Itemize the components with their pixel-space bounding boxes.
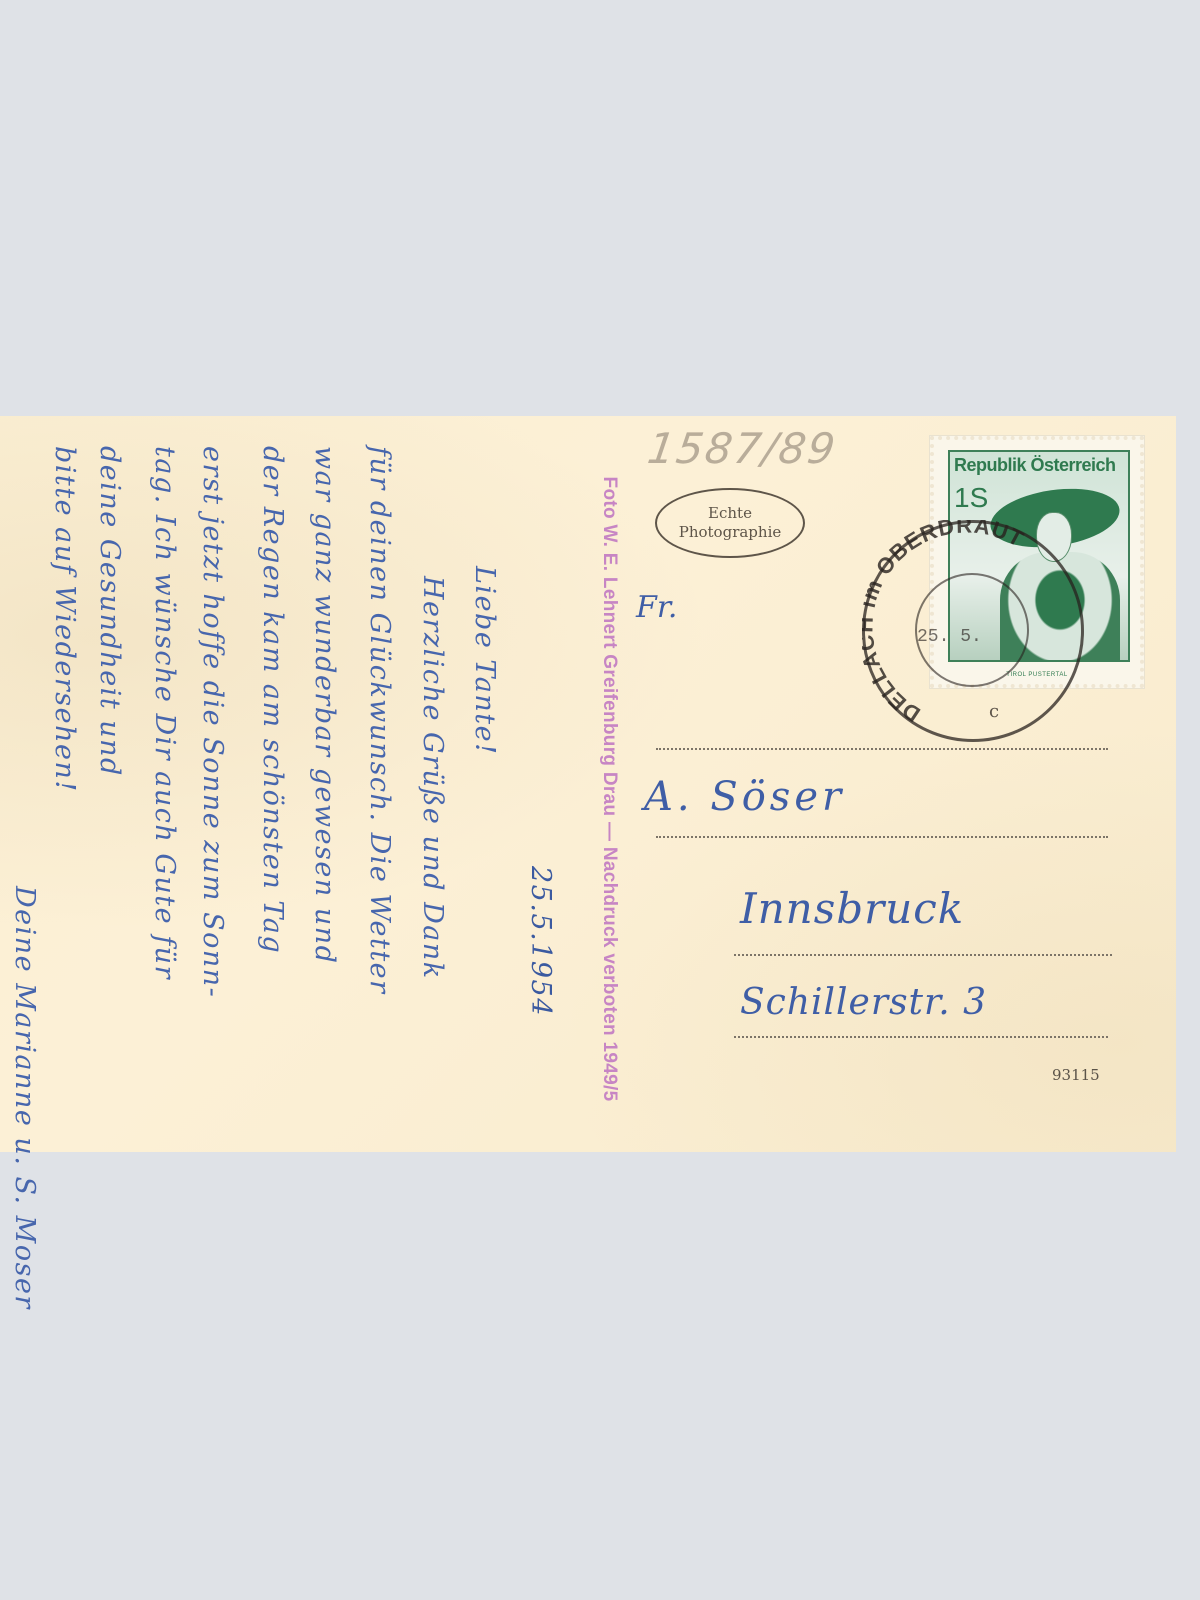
publisher-imprint: Foto W. E. Lehnert Greifenburg Drau — Na… — [598, 426, 620, 1151]
photo-label-line2: Photographie — [679, 523, 782, 542]
message-greeting: Liebe Tante! — [469, 566, 500, 755]
message-line: tag. Ich wünsche Dir auch Gute für — [149, 446, 180, 980]
message-line: Herzliche Grüße und Dank — [417, 576, 448, 980]
address-street: Schillerstr. 3 — [740, 982, 987, 1023]
message-line: der Regen kam am schönsten Tag — [257, 446, 288, 954]
stamp-country: Republik Österreich — [954, 455, 1128, 476]
card-number: 93115 — [1052, 1066, 1100, 1084]
postmark-date: 25. 5. — [917, 627, 982, 647]
address-line-3 — [734, 954, 1112, 956]
message-line: deine Gesundheit und — [94, 446, 125, 777]
message-line: für deinen Glückwunsch. Die Wetter — [364, 446, 395, 995]
postmark-place: DELLACH im OBERDRAUTAL — [862, 520, 1028, 727]
address-name: A. Söser — [644, 774, 845, 820]
address-city: Innsbruck — [740, 884, 964, 933]
message-date: 25.5.1954 — [525, 866, 556, 1017]
message-line: war ganz wunderbar gewesen und — [309, 446, 340, 964]
stamp-value: 1S — [954, 482, 988, 514]
address-line-4 — [734, 1036, 1108, 1038]
photo-label-line1: Echte — [708, 504, 752, 523]
svg-text:DELLACH im OBERDRAUTAL: DELLACH im OBERDRAUTAL — [862, 520, 1028, 727]
message-signature: Deine Marianne u. S. Moser — [9, 886, 40, 1310]
publisher-imprint-text: Foto W. E. Lehnert Greifenburg Drau — Na… — [598, 476, 620, 1101]
address-salutation: Fr. — [636, 590, 677, 625]
address-line-2 — [656, 836, 1108, 838]
photo-label-oval: Echte Photographie — [655, 488, 805, 558]
address-line-1 — [656, 748, 1108, 750]
message-line: bitte auf Wiedersehen! — [49, 446, 80, 793]
handwritten-message: 25.5.1954 Liebe Tante! Herzliche Grüße u… — [0, 416, 600, 1152]
message-line: erst jetzt hoffe die Sonne zum Sonn- — [197, 446, 228, 998]
inventory-number: 1587/89 — [645, 424, 840, 473]
postmark-letter: c — [989, 701, 999, 722]
postmark: DELLACH im OBERDRAUTAL 25. 5. c — [862, 520, 1084, 742]
